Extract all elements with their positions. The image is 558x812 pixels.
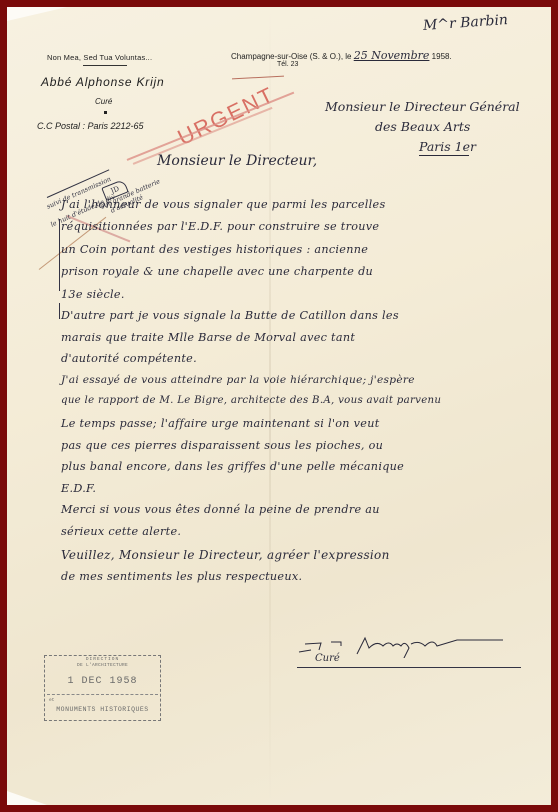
paragraph-bracket-mark [59, 219, 60, 291]
stamp-line-2: DE L'ARCHITECTURE [45, 663, 160, 668]
body-line: de mes sentiments les plus respectueux. [61, 570, 302, 583]
body-line: Le temps passe; l'affaire urge maintenan… [61, 417, 380, 430]
stamp-date: 1 DEC 1958 [45, 676, 160, 687]
body-line: sérieux cette alerte. [61, 525, 181, 538]
body-line: d'autorité compétente. [61, 352, 197, 365]
paragraph-bracket-mark [59, 303, 60, 319]
body-line: 13e siècle. [61, 288, 125, 301]
body-line: D'autre part je vous signale la Butte de… [61, 309, 399, 322]
body-line: J'ai l'honneur de vous signaler que parm… [61, 198, 386, 211]
body-line: E.D.F. [61, 482, 96, 495]
body-line: J'ai essayé de vous atteindre par la voi… [61, 374, 415, 386]
body-line: prison royale & une chapelle avec une ch… [61, 265, 373, 278]
stamp-divider [47, 694, 158, 695]
stamp-line-1: DIRECTION [45, 657, 160, 662]
body-line: Veuillez, Monsieur le Directeur, agréer … [61, 548, 390, 562]
body-line: Merci si vous vous êtes donné la peine d… [61, 503, 380, 516]
stamp-line-5: MONUMENTS HISTORIQUES [45, 706, 160, 713]
received-date-stamp: DIRECTION DE L'ARCHITECTURE 1 DEC 1958 e… [44, 655, 161, 721]
stamp-line-4: et [49, 698, 54, 703]
letter-page: Non Mea, Sed Tua Voluntas... Abbé Alphon… [7, 7, 551, 805]
signature-role: Curé [315, 653, 340, 664]
letter-body: J'ai l'honneur de vous signaler que parm… [7, 7, 551, 607]
body-line: réquisitionnées par l'E.D.F. pour constr… [61, 220, 379, 233]
body-line: que le rapport de M. Le Bigre, architect… [61, 395, 441, 406]
torn-corner-bottom-left [7, 791, 47, 805]
body-line: plus banal encore, dans les griffes d'un… [61, 460, 404, 473]
body-line: marais que traite Mlle Barse de Morval a… [61, 331, 355, 344]
signature-underline [297, 667, 521, 668]
body-line: un Coin portant des vestiges historiques… [61, 243, 368, 256]
body-line: pas que ces pierres disparaissent sous l… [61, 439, 383, 452]
